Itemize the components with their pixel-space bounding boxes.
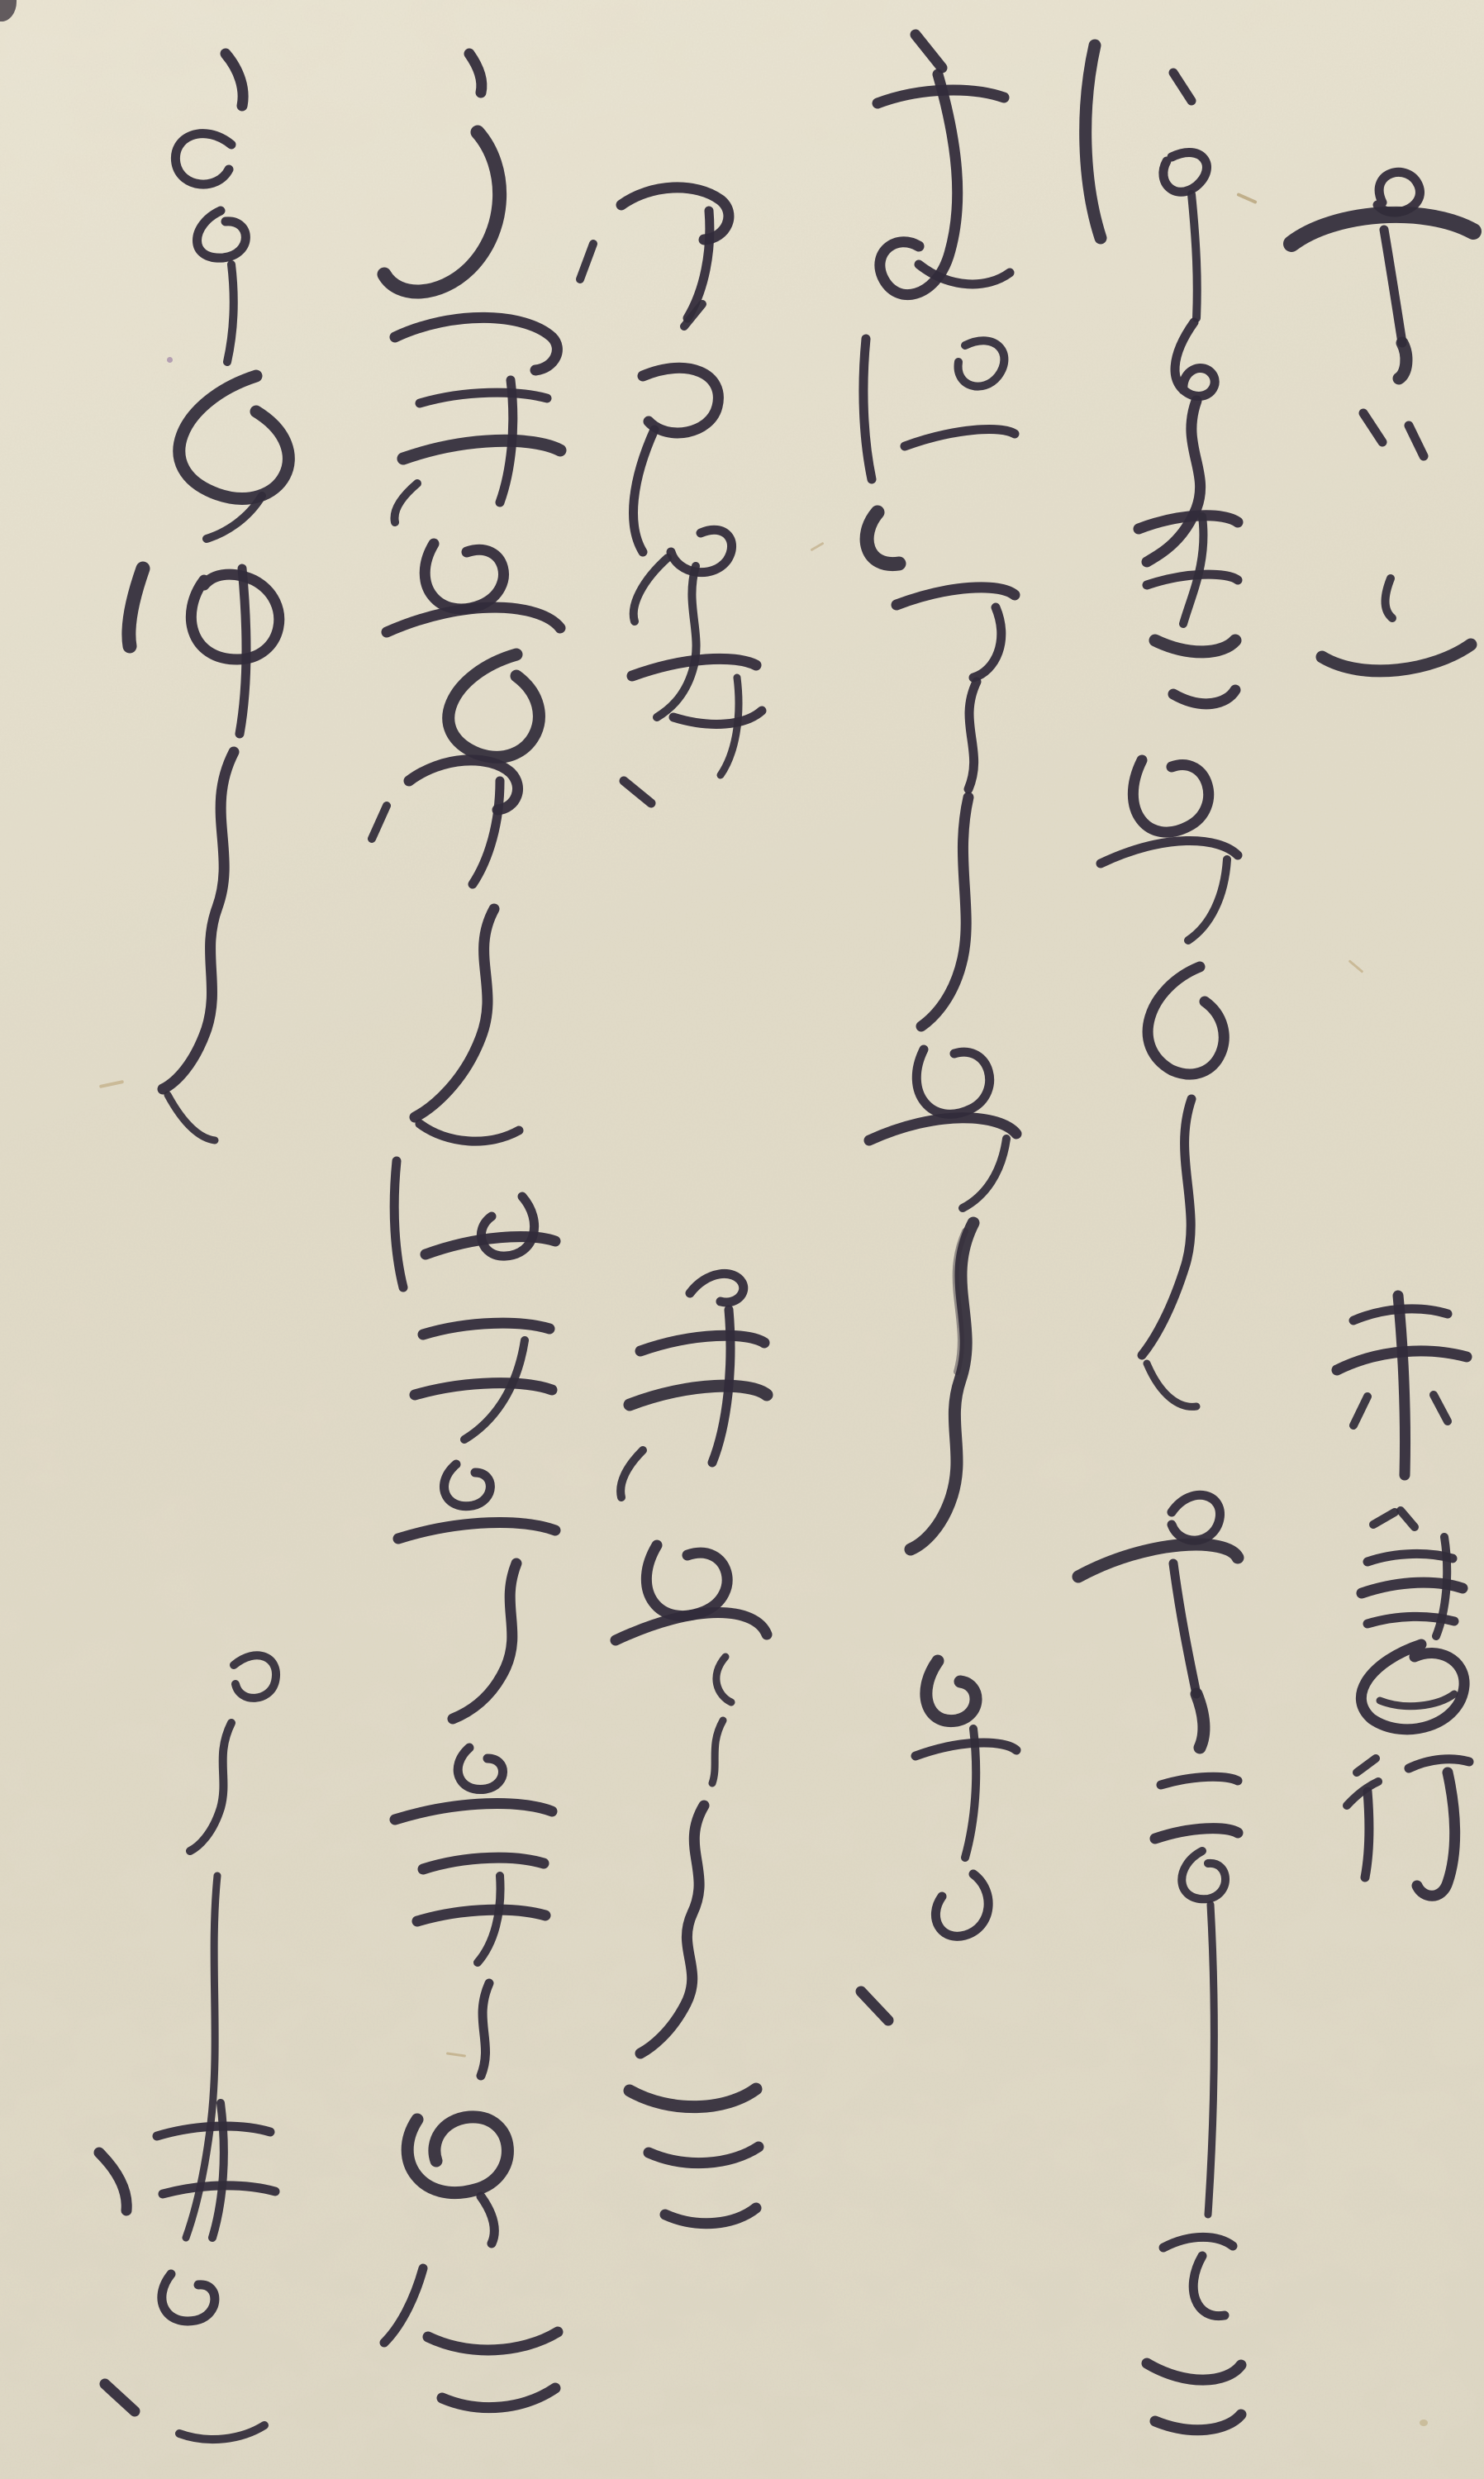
paper-speck: [1420, 2420, 1428, 2426]
calligraphy-column-topic-header: やゝと: [1285, 165, 1483, 678]
calligraphy-column-poem1-col2: あはちしてみくらすらん: [826, 17, 1016, 2049]
paper-fiber: [810, 542, 824, 552]
calligraphy-column-poem2-col1: うつせみのからはきことにとゝむれと: [347, 33, 578, 2471]
calligraphy-column-poem2-headnote1: からさきの: [562, 182, 768, 818]
manuscript-page: やゝと 平篤行: [0, 0, 1484, 2479]
calligraphy-column-poem2-headnote2: せみをよめる: [570, 1264, 768, 2297]
calligraphy-column-poem2-col2: たまのゆくゑをみぬそかなしき: [78, 33, 322, 2454]
paper-fiber: [1236, 193, 1257, 204]
calligraphy-column-poem1-col1: ほとゝきすみのゝやまちかく: [1049, 33, 1239, 2471]
paper-fiber: [1348, 959, 1364, 973]
calligraphy-column-author-signature: 平篤行: [1322, 1289, 1479, 1917]
paper-speck: [0, 0, 17, 21]
